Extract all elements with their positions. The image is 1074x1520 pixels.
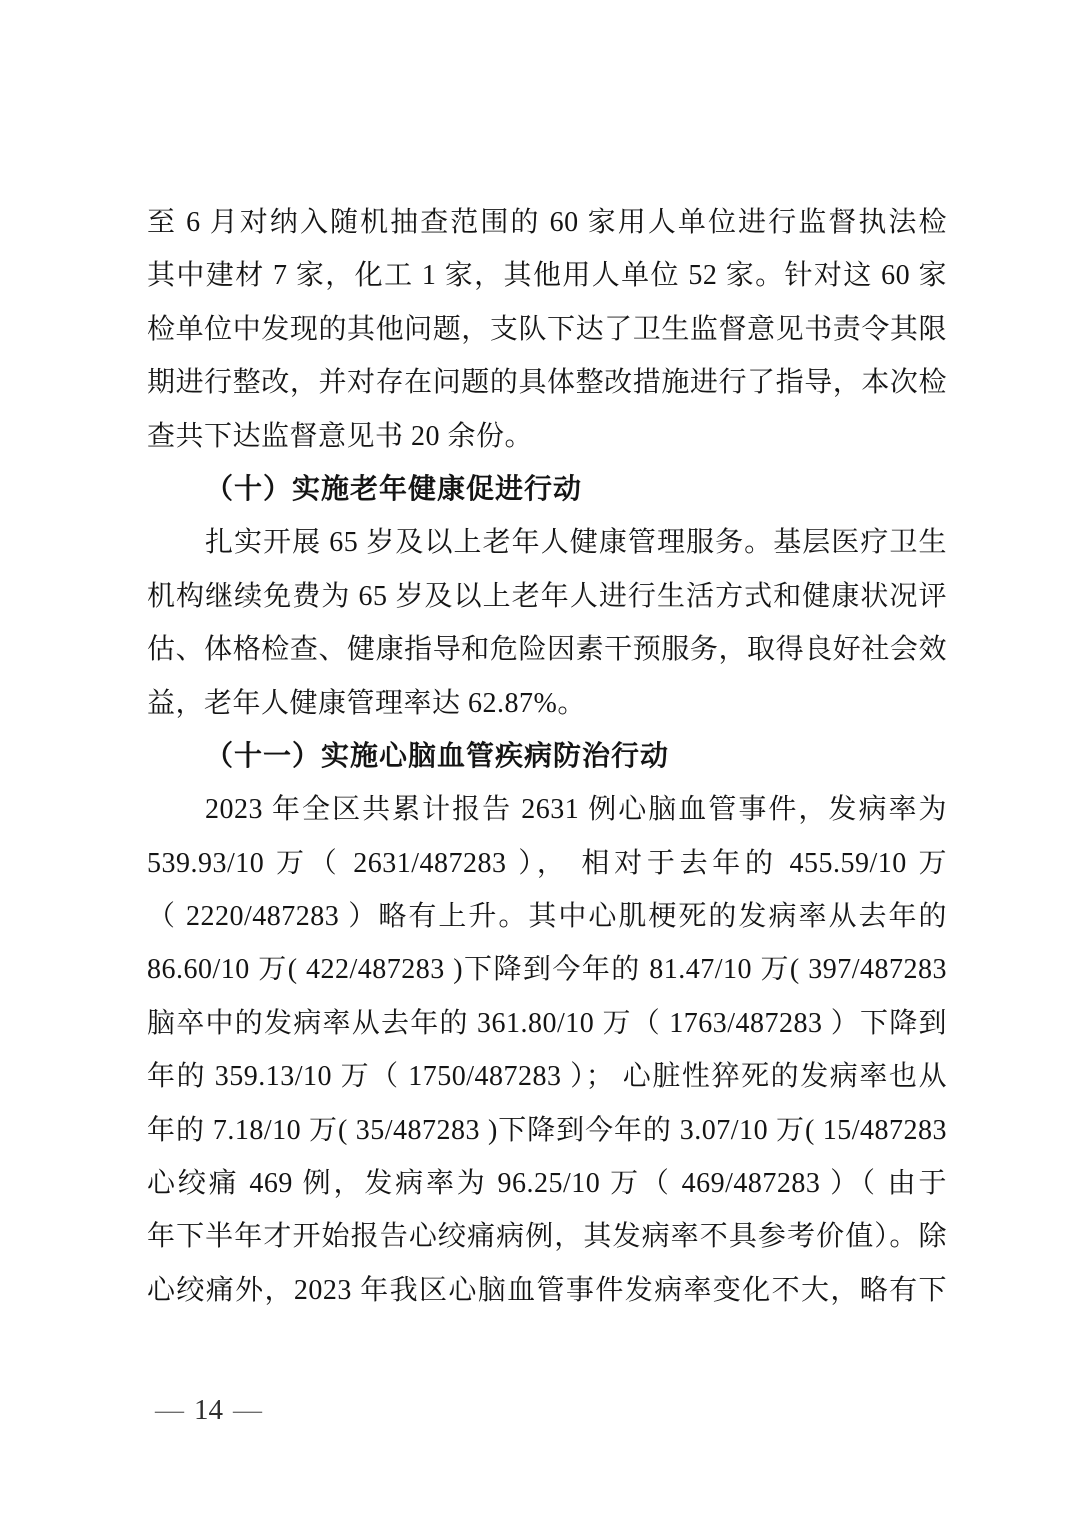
document-page: 至 6 月对纳入随机抽查范围的 60 家用人单位进行监督执法检查。 其中建材 7… [0, 0, 1074, 1520]
document-body: 至 6 月对纳入随机抽查范围的 60 家用人单位进行监督执法检查。 其中建材 7… [147, 196, 947, 1317]
text-line: 其中建材 7 家，化工 1 家，其他用人单位 52 家。针对这 60 家抽 [147, 249, 947, 302]
text-line: 扎实开展 65 岁及以上老年人健康管理服务。基层医疗卫生 [147, 516, 947, 569]
text-line: 心绞痛外，2023 年我区心脑血管事件发病率变化不大，略有下 [147, 1264, 947, 1317]
text-line: 益，老年人健康管理率达 62.87%。 [147, 677, 947, 730]
text-line: （ 2220/487283 ）略有上升。其中心肌梗死的发病率从去年的 [147, 890, 947, 943]
text-line: 2023 年全区共累计报告 2631 例心脑血管事件，发病率为 [147, 783, 947, 836]
footer-left-dash: — [145, 1394, 194, 1426]
text-line: 86.60/10 万( 422/487283 )下降到今年的 81.47/10 … [147, 943, 947, 996]
text-line: 期进行整改，并对存在问题的具体整改措施进行了指导，本次检 [147, 356, 947, 409]
text-line: 脑卒中的发病率从去年的 361.80/10 万（ 1763/487283 ）下降… [147, 997, 947, 1050]
text-line: 年下半年才开始报告心绞痛病例，其发病率不具参考价值）。除 [147, 1210, 947, 1263]
text-line: 年的 7.18/10 万( 35/487283 )下降到今年的 3.07/10 … [147, 1104, 947, 1157]
text-line: 查共下达监督意见书 20 余份。 [147, 410, 947, 463]
text-line: 心绞痛 469 例，发病率为 96.25/10 万（ 469/487283 ）（… [147, 1157, 947, 1210]
text-line: 至 6 月对纳入随机抽查范围的 60 家用人单位进行监督执法检查。 [147, 196, 947, 249]
text-line: 机构继续免费为 65 岁及以上老年人进行生活方式和健康状况评 [147, 570, 947, 623]
text-line: 检单位中发现的其他问题，支队下达了卫生监督意见书责令其限 [147, 303, 947, 356]
section-heading-10: （十）实施老年健康促进行动 [147, 463, 947, 516]
page-number: 14 [194, 1394, 223, 1426]
text-line: 年的 359.13/10 万（ 1750/487283 ）； 心脏性猝死的发病率… [147, 1050, 947, 1103]
section-heading-11: （十一）实施心脑血管疾病防治行动 [147, 730, 947, 783]
text-line: 539.93/10 万（ 2631/487283 ）， 相对于去年的 455.5… [147, 837, 947, 890]
page-number-footer: —14— [145, 1386, 272, 1434]
text-line: 估、体格检查、健康指导和危险因素干预服务，取得良好社会效 [147, 623, 947, 676]
footer-right-dash: — [223, 1394, 272, 1426]
